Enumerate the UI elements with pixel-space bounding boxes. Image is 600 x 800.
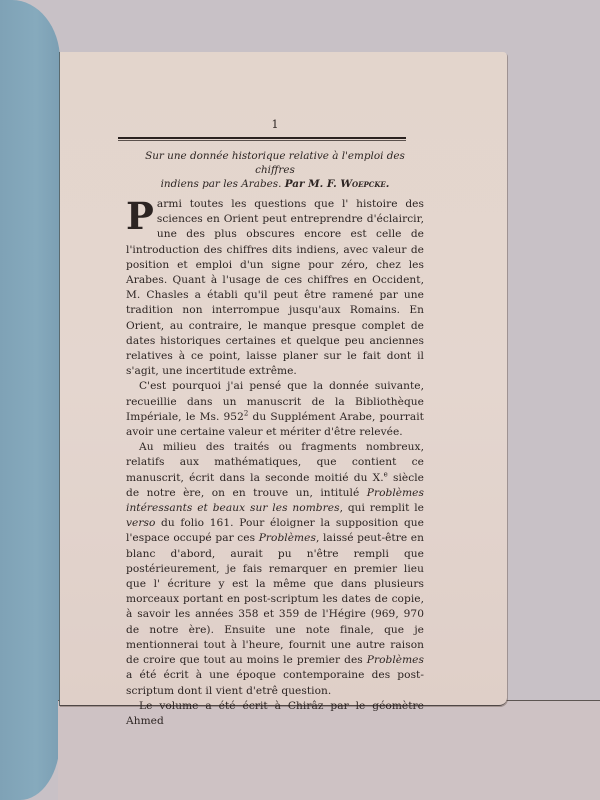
page-number: 1 [126,118,424,131]
paragraph-3: Au milieu des traités ou fragments nombr… [126,440,424,698]
paragraph-1-text: armi toutes les questions que l' histoir… [126,198,424,377]
title-author: Woepcke. [340,178,389,190]
drop-cap: P [126,201,154,231]
book-page: 1 Sur une donnée historique relative à l… [59,52,507,706]
book-cover-edge [0,0,60,800]
paragraph-3-text-f: a été écrit à une époque contemporaine d… [126,669,424,696]
paragraph-3-text-a: Au milieu des traités ou fragments nombr… [126,441,424,483]
header-rule [118,137,406,141]
paragraph-3-text-e: , laissé peut-être en blanc d'abord, aur… [126,532,424,666]
text-block: 1 Sur une donnée historique relative à l… [126,118,424,729]
paragraph-4-text: Le volume a été écrit à Chirâz par le gé… [126,700,424,727]
problemes-italic-2: Problèmes [367,654,424,666]
paragraph-3-text-c: , qui remplit le [340,502,424,514]
title-line-1: Sur une donnée historique relative à l'e… [145,150,405,176]
problemes-italic: Problèmes [259,532,316,544]
paragraph-2: C'est pourquoi j'ai pensé que la donnée … [126,379,424,440]
title-by: Par M. F. [285,178,341,190]
verso-italic: verso [126,517,155,529]
paragraph-1: Parmi toutes les questions que l' histoi… [126,197,424,379]
article-title: Sur une donnée historique relative à l'e… [126,149,424,191]
paragraph-4: Le volume a été écrit à Chirâz par le gé… [126,699,424,729]
title-line-2: indiens par les Arabes. [161,178,285,190]
